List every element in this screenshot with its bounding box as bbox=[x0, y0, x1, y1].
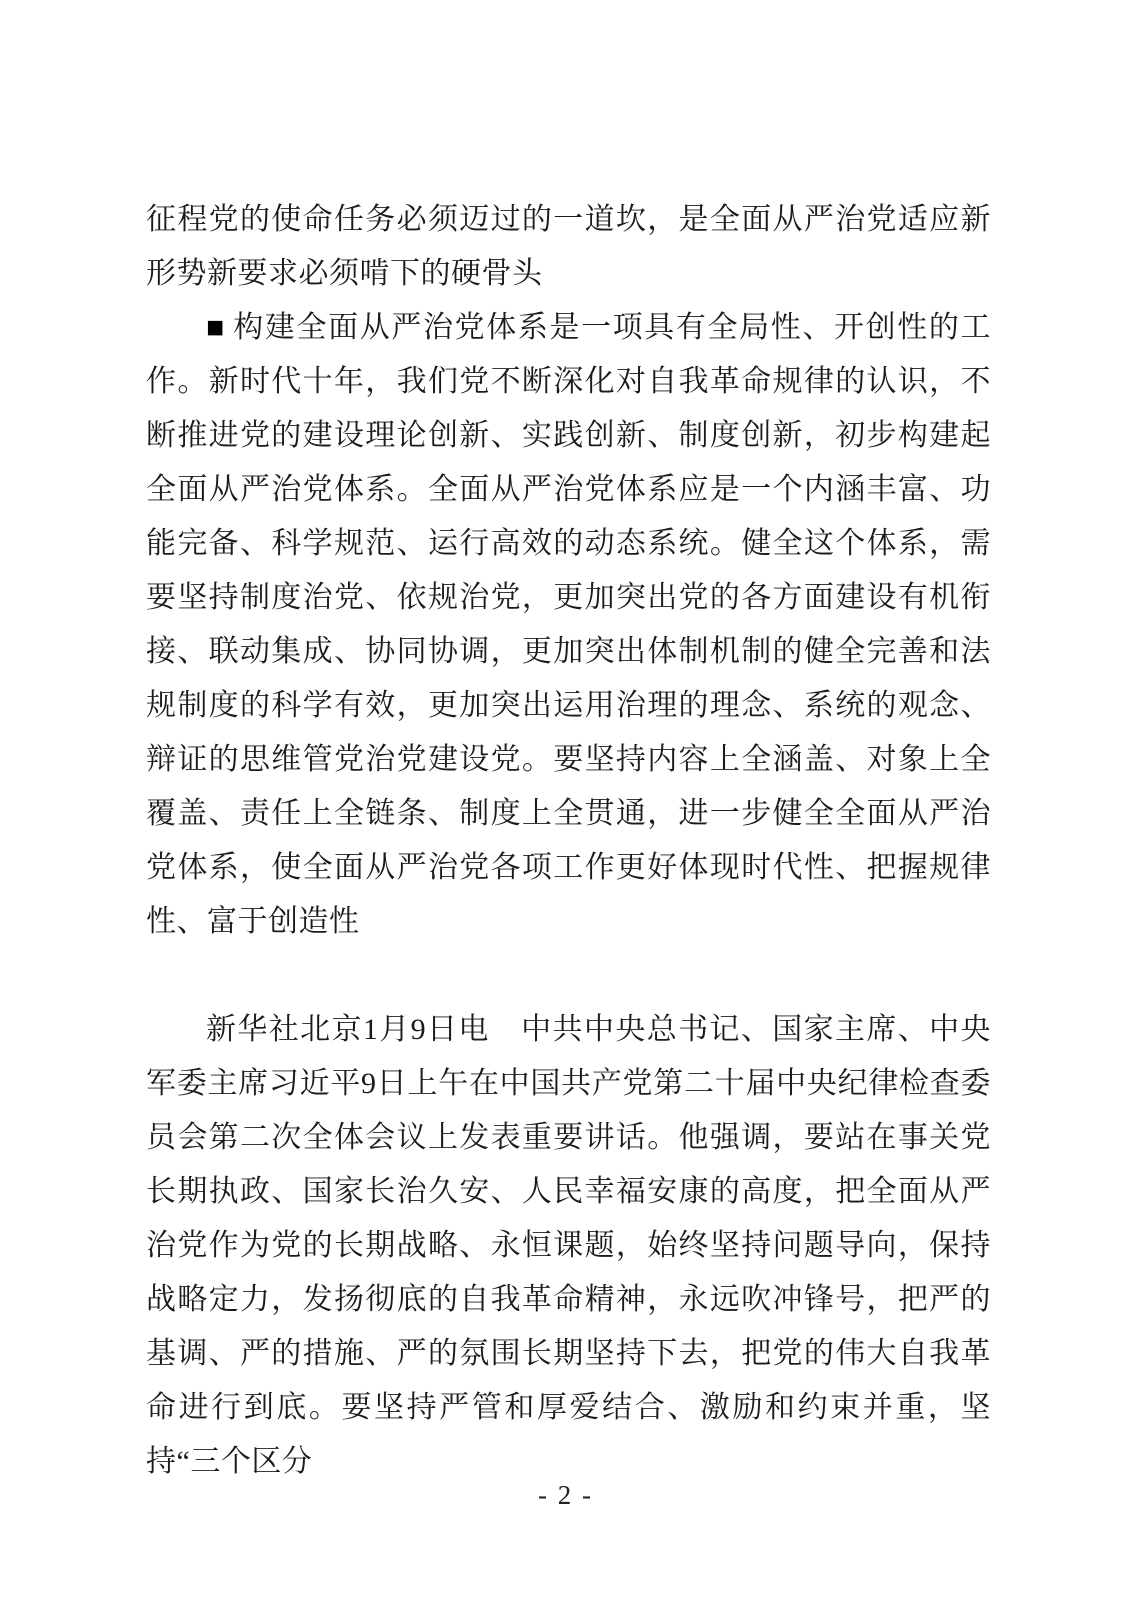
square-bullet-icon: ■ bbox=[206, 311, 226, 344]
body-paragraph: 新华社北京1月9日电 中共中央总书记、国家主席、中央军委主席习近平9日上午在中国… bbox=[146, 1003, 991, 1489]
text-content: 征程党的使命任务必须迈过的一道坎，是全面从严治党适应新形势新要求必须啃下的硬骨头… bbox=[146, 193, 991, 1489]
page-number: - 2 - bbox=[0, 1480, 1131, 1511]
summary-bullet-paragraph: ■构建全面从严治党体系是一项具有全局性、开创性的工作。新时代十年，我们党不断深化… bbox=[146, 301, 991, 949]
document-page: 征程党的使命任务必须迈过的一道坎，是全面从严治党适应新形势新要求必须啃下的硬骨头… bbox=[0, 0, 1131, 1600]
summary-bullet-text: 构建全面从严治党体系是一项具有全局性、开创性的工作。新时代十年，我们党不断深化对… bbox=[146, 311, 991, 938]
summary-continuation-paragraph: 征程党的使命任务必须迈过的一道坎，是全面从严治党适应新形势新要求必须啃下的硬骨头 bbox=[146, 193, 991, 301]
